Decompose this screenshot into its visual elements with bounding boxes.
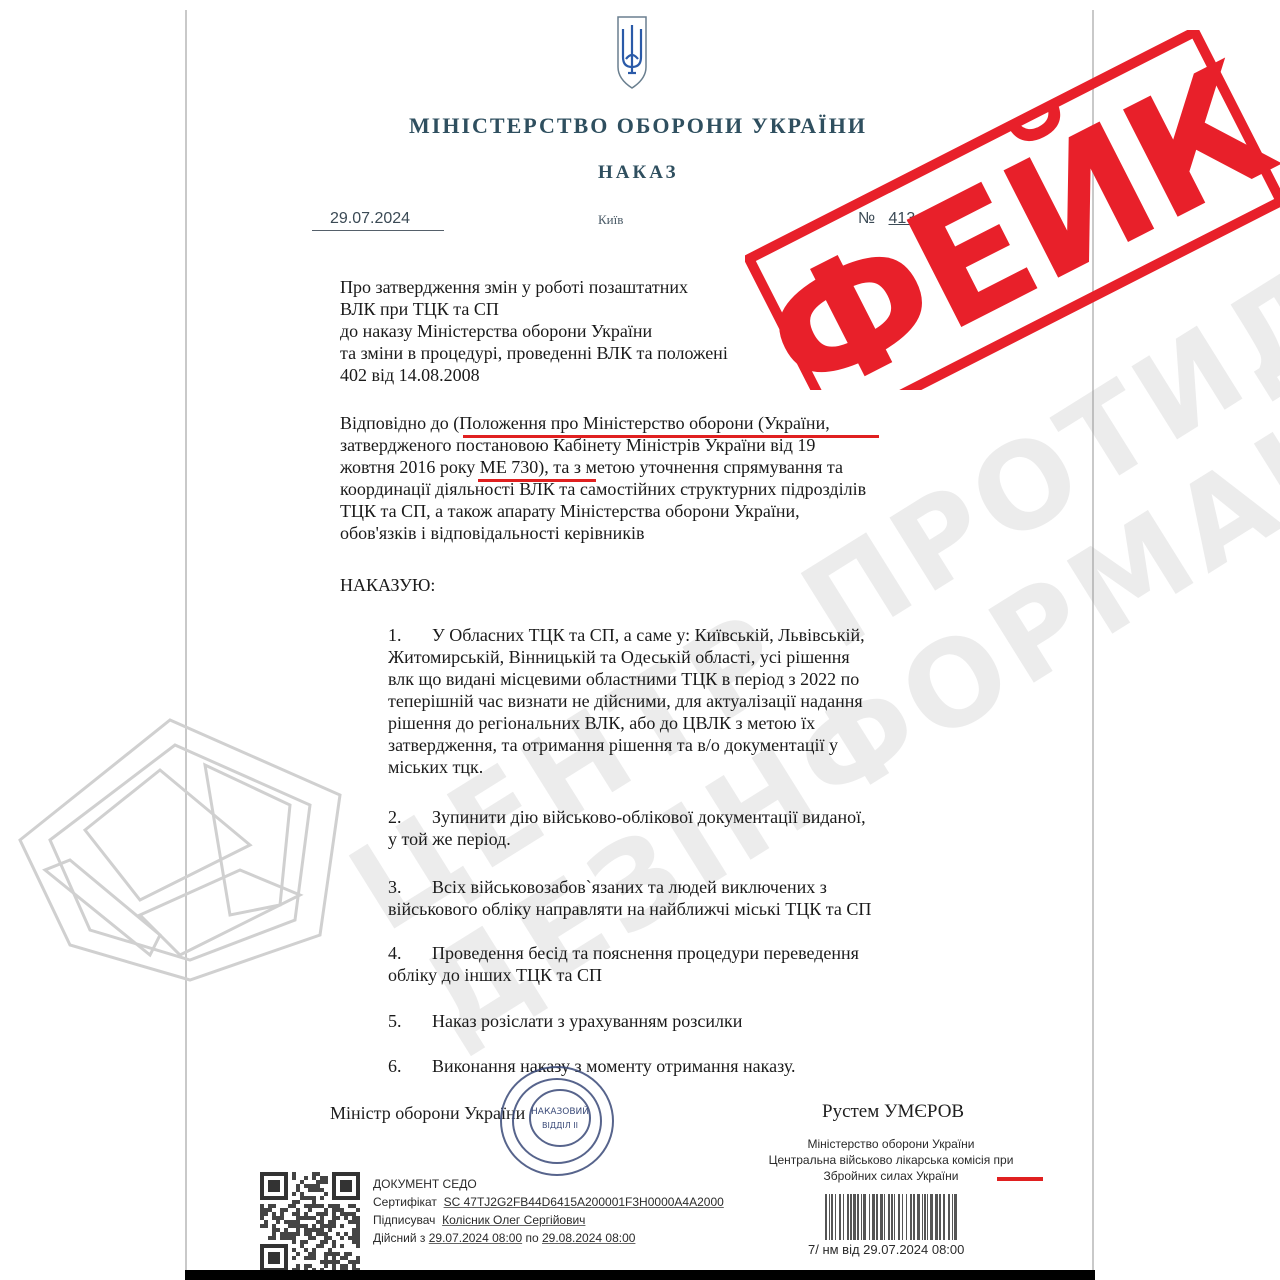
item-line: обліку до інших ТЦК та СП — [388, 964, 859, 986]
watermark-logo-icon — [10, 655, 350, 985]
svg-text:ФЕЙК: ФЕЙК — [745, 30, 1280, 390]
valid-from: 29.07.2024 08:00 — [429, 1231, 522, 1245]
order-item-3: 3.Всіх військовозабов`язаних та людей ви… — [388, 876, 871, 920]
cert-value: SC 47TJ2G2FB44D6415A200001F3H0000A4A2000 — [444, 1195, 724, 1209]
item-line: У Обласних ТЦК та СП, а саме у: Київські… — [432, 625, 865, 645]
document-date: 29.07.2024 — [330, 210, 410, 228]
item-line: Всіх військовозабов`язаних та людей викл… — [432, 877, 827, 897]
page-edge-left — [185, 10, 187, 1272]
valid-to-label: по — [525, 1231, 538, 1245]
item-line: військового обліку направляти на найближ… — [388, 898, 871, 920]
order-item-5: 5.Наказ розіслати з урахуванням розсилки — [388, 1010, 742, 1032]
document-city: Київ — [598, 212, 623, 228]
item-number: 3. — [388, 876, 432, 898]
subject-block: Про затвердження змін у роботі позаштатн… — [340, 276, 728, 386]
svg-text:ВІДДІЛ ІІ: ВІДДІЛ ІІ — [542, 1121, 578, 1130]
item-number: 6. — [388, 1055, 432, 1077]
signer-value: Колісник Олег Сергійович — [442, 1213, 585, 1227]
item-line: Наказ розіслати з урахуванням розсилки — [432, 1011, 742, 1031]
preamble-block: Відповідно до (Положення про Міністерств… — [340, 412, 866, 544]
item-number: 5. — [388, 1010, 432, 1032]
order-word: НАКАЗУЮ: — [340, 574, 435, 596]
item-line: Проведення бесід та пояснення процедури … — [432, 943, 859, 963]
subject-line: 402 від 14.08.2008 — [340, 364, 728, 386]
item-line: міських тцк. — [388, 756, 865, 778]
org-line: Міністерство оборони України — [748, 1136, 1034, 1152]
red-highlight-underline — [478, 479, 596, 482]
fake-stamp: ФЕЙК — [745, 30, 1280, 390]
item-line: у той же період. — [388, 828, 866, 850]
red-highlight-underline — [463, 435, 879, 438]
preamble-line: жовтня 2016 року МЕ 730), та з метою уто… — [340, 456, 866, 478]
subject-line: Про затвердження змін у роботі позаштатн… — [340, 276, 728, 298]
subject-line: ВЛК при ТЦК та СП — [340, 298, 728, 320]
org-line: Збройних силах України — [748, 1168, 1034, 1184]
cert-label: Сертифікат — [373, 1195, 437, 1209]
item-line: рішення до регіональних ВЛК, або до ЦВЛК… — [388, 712, 865, 734]
trident-coat-of-arms-icon — [616, 15, 648, 90]
item-number: 2. — [388, 806, 432, 828]
order-item-4: 4.Проведення бесід та пояснення процедур… — [388, 942, 859, 986]
item-line: Житомирській, Вінницькій та Одеській обл… — [388, 646, 865, 668]
order-item-2: 2.Зупинити дію військово-облікової докум… — [388, 806, 866, 850]
item-line: влк що видані місцевими областними ТЦК в… — [388, 668, 865, 690]
valid-to: 29.08.2024 08:00 — [542, 1231, 635, 1245]
registration-number: 7/ нм від 29.07.2024 08:00 — [808, 1242, 964, 1257]
order-item-1: 1.У Обласних ТЦК та СП, а саме у: Київсь… — [388, 624, 865, 778]
item-number: 1. — [388, 624, 432, 646]
preamble-line: Відповідно до (Положення про Міністерств… — [340, 412, 866, 434]
preamble-line: обов'язків і відповідальності керівників — [340, 522, 866, 544]
official-seal-icon: НАКАЗОВИЙ ВІДДІЛ ІІ — [497, 1062, 617, 1180]
signature-name: Рустем УМЄРОВ — [822, 1101, 964, 1123]
sedo-block: ДОКУМЕНТ СЕДО Сертифікат SC 47TJ2G2FB44D… — [373, 1175, 724, 1247]
red-highlight-underline — [997, 1177, 1043, 1181]
svg-text:НАКАЗОВИЙ: НАКАЗОВИЙ — [531, 1105, 589, 1117]
qr-code-icon — [258, 1172, 362, 1272]
item-line: затвердження, та отримання рішення та в/… — [388, 734, 865, 756]
subject-line: та зміни в процедурі, проведенні ВЛК та … — [340, 342, 728, 364]
bottom-black-bar — [185, 1270, 1095, 1280]
item-line: теперішній час визнати не дійсними, для … — [388, 690, 865, 712]
org-line: Центральна військово лікарська комісія п… — [748, 1152, 1034, 1168]
preamble-line: ТЦК та СП, а також апарату Міністерства … — [340, 500, 866, 522]
item-number: 4. — [388, 942, 432, 964]
date-underline — [312, 230, 444, 231]
item-line: Зупинити дію військово-облікової докумен… — [432, 807, 866, 827]
preamble-line: координації діяльності ВЛК та самостійни… — [340, 478, 866, 500]
barcode-icon — [825, 1194, 957, 1240]
organization-block: Міністерство оборони України Центральна … — [748, 1136, 1034, 1184]
sedo-title: ДОКУМЕНТ СЕДО — [373, 1175, 724, 1193]
document-title: НАКАЗ — [598, 162, 679, 184]
subject-line: до наказу Міністерства оборони України — [340, 320, 728, 342]
signer-label: Підписувач — [373, 1213, 435, 1227]
valid-label: Дійсний з — [373, 1231, 425, 1245]
